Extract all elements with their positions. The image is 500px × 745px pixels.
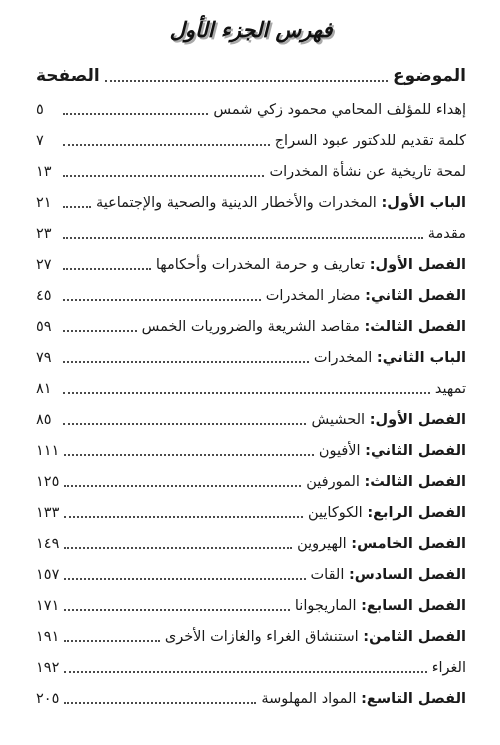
toc-entry-page-number: ١٣٣ [36, 505, 59, 522]
toc-entry: الفصل الرابع: الكوكايين ١٣٣ [36, 491, 466, 522]
toc-entry-prefix: الفصل الثامن: [363, 629, 466, 645]
toc-entry-prefix: الفصل الخامس: [351, 536, 466, 552]
toc-entry-text: تمهيد [435, 381, 466, 398]
toc-entry-text: الفصل الثامن: استنشاق الغراء والغازات ال… [165, 629, 466, 646]
toc-entry-page-number: ١٣ [36, 164, 58, 181]
dot-leader [63, 237, 423, 239]
toc-entry-label: إهداء للمؤلف المحامي محمود زكي شمس [213, 102, 466, 118]
toc-entry-text: الفصل الأول: تعاريف و حرمة المخدرات وأحك… [156, 257, 466, 274]
toc-entry: الفصل الثاني: مضار المخدرات ٤٥ [36, 274, 466, 305]
toc-entry-label: المخدرات والأخطار الدينية والصحية والإجت… [96, 195, 382, 211]
toc-entry-label: القات [311, 567, 349, 583]
toc-entry-label: تعاريف و حرمة المخدرات وأحكامها [156, 257, 370, 273]
toc-entry-page-number: ٥ [36, 102, 58, 119]
dot-leader [63, 392, 430, 394]
toc-entry-label: مضار المخدرات [266, 288, 365, 304]
dot-leader [64, 454, 313, 456]
toc-entry-page-number: ٤٥ [36, 288, 58, 305]
toc-entry: إهداء للمؤلف المحامي محمود زكي شمس ٥ [36, 88, 466, 119]
toc-entry-page-number: ١١١ [36, 443, 59, 460]
toc-entry-text: الفصل السادس: القات [311, 567, 466, 584]
toc-header-topic-label: الموضوع [393, 66, 466, 86]
dot-leader [63, 206, 91, 208]
toc-entry-prefix: الفصل التاسع: [361, 691, 466, 707]
toc-entry-label: الحشيش [311, 412, 369, 428]
toc-entry-prefix: الفصل الرابع: [367, 505, 466, 521]
toc-entry-page-number: ٨١ [36, 381, 58, 398]
toc-entry-label: لمحة تاريخية عن نشأة المخدرات [269, 164, 466, 180]
toc-entry-prefix: الفصل الثاني: [365, 288, 466, 304]
toc-entry-label: الكوكايين [308, 505, 367, 521]
toc-entry: الباب الأول: المخدرات والأخطار الدينية و… [36, 181, 466, 212]
dot-leader [64, 485, 301, 487]
dot-leader [63, 144, 270, 146]
toc-entry-page-number: ١٤٩ [36, 536, 59, 553]
toc-entry-text: الفصل التاسع: المواد المهلوسة [261, 691, 466, 708]
toc-entry-label: مقاصد الشريعة والضروريات الخمس [142, 319, 365, 335]
toc-entry-page-number: ٢١ [36, 195, 58, 212]
toc-entry-page-number: ١٩٢ [36, 660, 59, 677]
toc-entry-label: الغراء [432, 660, 466, 676]
dot-leader [64, 547, 292, 549]
toc-entry-text: الفصل الثالث: مقاصد الشريعة والضروريات ا… [142, 319, 466, 336]
toc-entry: الباب الثاني: المخدرات ٧٩ [36, 336, 466, 367]
toc-entry-prefix: الفصل السادس: [349, 567, 466, 583]
dot-leader [64, 609, 289, 611]
dot-leader [64, 578, 305, 580]
dot-leader [63, 268, 151, 270]
toc-entry-page-number: ١٧١ [36, 598, 59, 615]
toc-entry-label: المورفين [306, 474, 364, 490]
toc-entry-text: مقدمة [428, 226, 466, 243]
toc-entry-text: الفصل الثاني: الأفيون [319, 443, 466, 460]
toc-entry: لمحة تاريخية عن نشأة المخدرات ١٣ [36, 150, 466, 181]
toc-entry-prefix: الباب الأول: [381, 195, 466, 211]
page-title: فهرس الجزء الأول [36, 18, 466, 42]
toc-entry-text: إهداء للمؤلف المحامي محمود زكي شمس [213, 102, 466, 119]
toc-entry: الفصل الثاني: الأفيون ١١١ [36, 429, 466, 460]
dot-leader [63, 113, 208, 115]
toc-entry-label: الأفيون [319, 443, 365, 459]
toc-entry-label: مقدمة [428, 226, 466, 242]
toc-entry-text: كلمة تقديم للدكتور عبود السراج [275, 133, 466, 150]
dot-leader [64, 671, 426, 673]
toc-entry-page-number: ١٥٧ [36, 567, 59, 584]
toc-entry-page-number: ٥٩ [36, 319, 58, 336]
toc-entry-prefix: الفصل الأول: [370, 257, 466, 273]
toc-entry: الفصل السابع: الماريجوانا ١٧١ [36, 584, 466, 615]
dot-leader [63, 361, 309, 363]
toc-entry-page-number: ٢٧ [36, 257, 58, 274]
toc-entry-prefix: الفصل الثاني: [365, 443, 466, 459]
dot-leader [64, 640, 159, 642]
toc-entry: كلمة تقديم للدكتور عبود السراج ٧ [36, 119, 466, 150]
toc-entry: الفصل التاسع: المواد المهلوسة ٢٠٥ [36, 677, 466, 708]
toc-entry: مقدمة ٢٣ [36, 212, 466, 243]
toc-entry-prefix: الفصل الثالث: [365, 319, 467, 335]
dot-leader [63, 330, 137, 332]
toc-entry-text: الفصل الثاني: مضار المخدرات [266, 288, 466, 305]
toc-entry: الفصل الثالث: المورفين ١٢٥ [36, 460, 466, 491]
toc-entry-text: الفصل السابع: الماريجوانا [295, 598, 466, 615]
toc-entry-prefix: الفصل الأول: [370, 412, 466, 428]
toc-entry-page-number: ١٢٥ [36, 474, 59, 491]
toc-entry: تمهيد ٨١ [36, 367, 466, 398]
toc-entry-label: المخدرات [314, 350, 377, 366]
toc-entry-page-number: ٢٠٥ [36, 691, 59, 708]
toc-header-page-label: الصفحة [36, 66, 100, 86]
toc-page: فهرس الجزء الأول الموضوع الصفحة إهداء لل… [0, 0, 500, 745]
toc-entry: الفصل الأول: الحشيش ٨٥ [36, 398, 466, 429]
toc-entry-text: الغراء [432, 660, 466, 677]
dot-leader [63, 299, 261, 301]
toc-entry-text: الفصل الثالث: المورفين [306, 474, 466, 491]
toc-entry-page-number: ٧٩ [36, 350, 58, 367]
toc-entry-page-number: ٧ [36, 133, 58, 150]
toc-entry: الفصل الثالث: مقاصد الشريعة والضروريات ا… [36, 305, 466, 336]
dot-leader [63, 175, 264, 177]
toc-entry: الفصل السادس: القات ١٥٧ [36, 553, 466, 584]
toc-entry: الغراء ١٩٢ [36, 646, 466, 677]
toc-entry-label: تمهيد [435, 381, 466, 397]
toc-entry-label: المواد المهلوسة [261, 691, 361, 707]
toc-entry-text: الفصل الأول: الحشيش [311, 412, 466, 429]
toc-entry-prefix: الباب الثاني: [377, 350, 466, 366]
toc-header: الموضوع الصفحة [36, 56, 466, 86]
toc-entry-text: الباب الثاني: المخدرات [314, 350, 466, 367]
toc-entry: الفصل الثامن: استنشاق الغراء والغازات ال… [36, 615, 466, 646]
toc-entry-label: الهيروين [297, 536, 351, 552]
toc-entry-label: الماريجوانا [295, 598, 361, 614]
dot-leader [63, 423, 306, 425]
toc-entry-page-number: ٨٥ [36, 412, 58, 429]
toc-entry-prefix: الفصل السابع: [361, 598, 466, 614]
toc-list: إهداء للمؤلف المحامي محمود زكي شمس ٥ كلم… [36, 88, 466, 708]
toc-entry-text: لمحة تاريخية عن نشأة المخدرات [269, 164, 466, 181]
dot-leader [64, 516, 303, 518]
dot-leader [105, 80, 388, 82]
toc-entry-text: الفصل الرابع: الكوكايين [308, 505, 466, 522]
toc-entry: الفصل الأول: تعاريف و حرمة المخدرات وأحك… [36, 243, 466, 274]
toc-entry-label: استنشاق الغراء والغازات الأخرى [165, 629, 363, 645]
toc-entry-text: الباب الأول: المخدرات والأخطار الدينية و… [96, 195, 466, 212]
toc-entry-page-number: ٢٣ [36, 226, 58, 243]
toc-entry: الفصل الخامس: الهيروين ١٤٩ [36, 522, 466, 553]
toc-entry-prefix: الفصل الثالث: [365, 474, 467, 490]
toc-entry-label: كلمة تقديم للدكتور عبود السراج [275, 133, 466, 149]
toc-entry-text: الفصل الخامس: الهيروين [297, 536, 466, 553]
toc-entry-page-number: ١٩١ [36, 629, 59, 646]
dot-leader [64, 702, 256, 704]
